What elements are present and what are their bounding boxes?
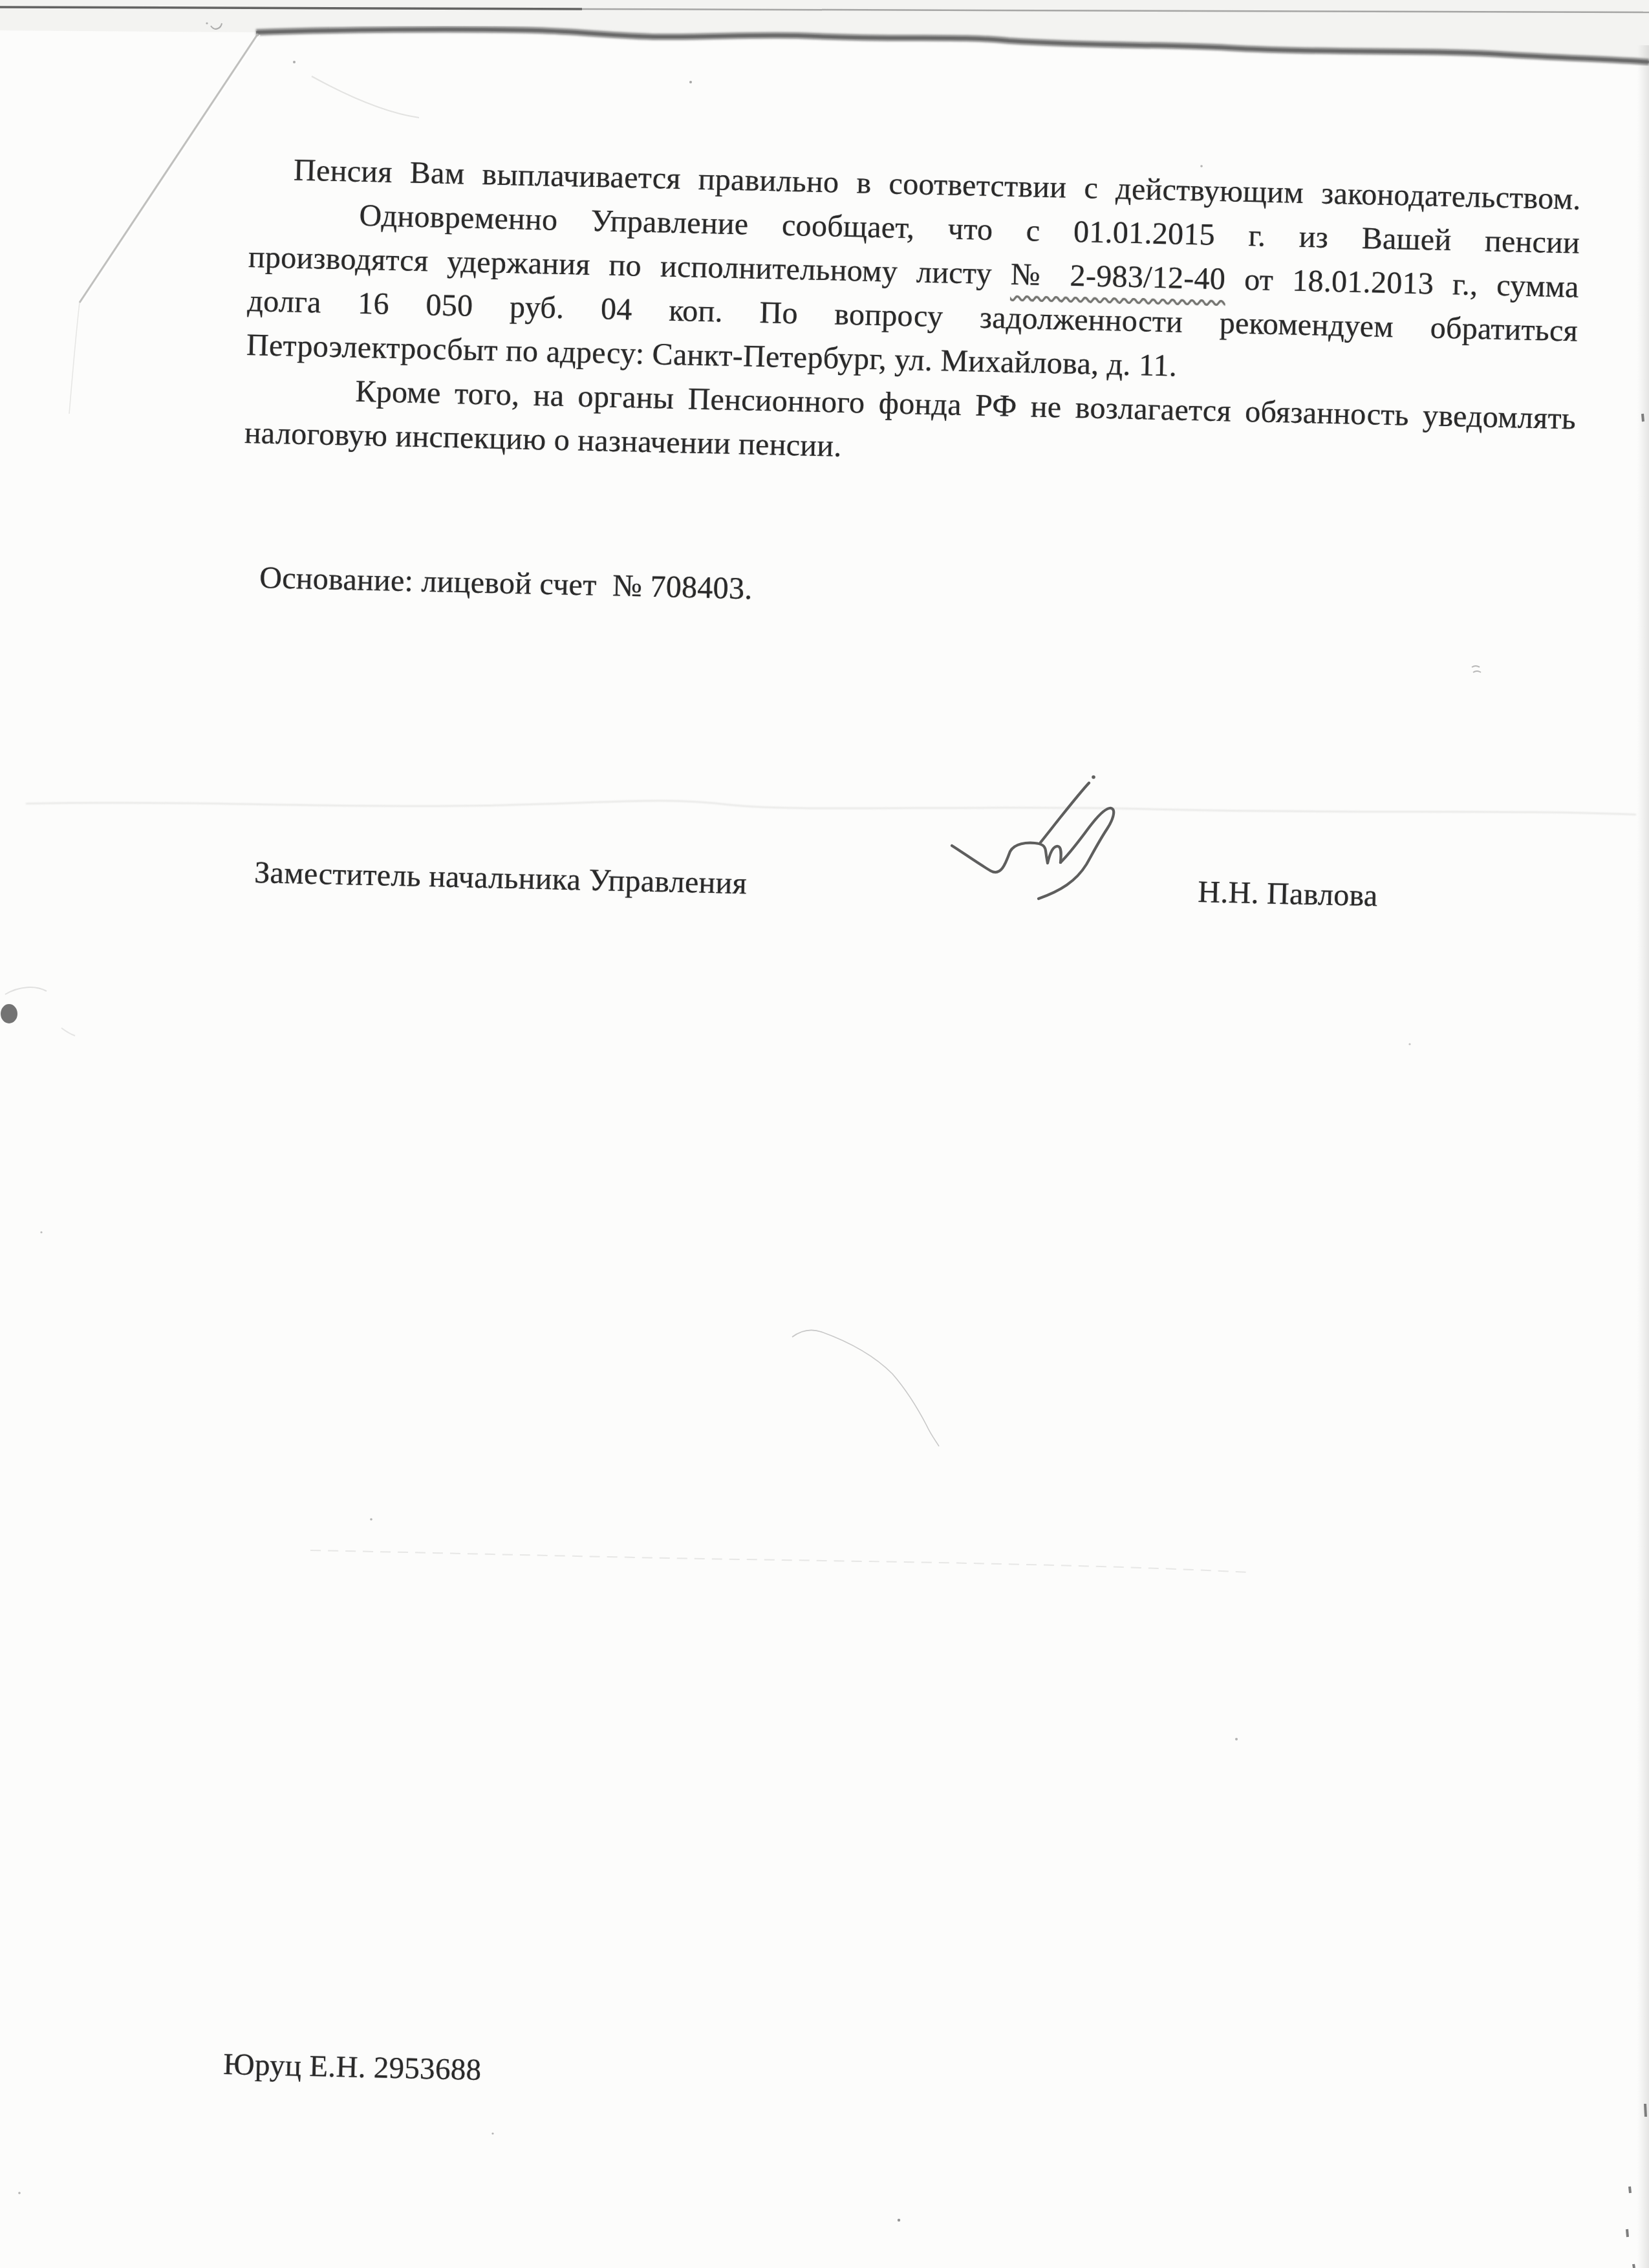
signature-loop-tail — [1039, 808, 1114, 899]
scanned-letter-page: Пенсия Вам выплачивается правильно в соо… — [0, 0, 1649, 2268]
top-left-smudge-dot — [206, 22, 208, 24]
ink-blob — [1, 1004, 17, 1023]
signoff-position-title: Заместитель начальника Управления — [254, 855, 748, 901]
top-edge-line — [0, 7, 582, 9]
case-number-underlined: № 2-983/12-40 — [1010, 257, 1226, 297]
fold-shadow-line — [256, 30, 1649, 62]
signature-flourish — [952, 843, 1061, 873]
corner-crease-highlight — [81, 35, 260, 304]
signature — [936, 760, 1195, 987]
fold-shadow-line-core — [256, 30, 1649, 62]
scanner-background-strip — [0, 0, 1649, 62]
small-squiggle-mark — [1472, 666, 1481, 672]
letter-body: Пенсия Вам выплачивается правильно в соо… — [244, 147, 1581, 486]
crease-line-middle — [26, 801, 1636, 815]
ink-blob-arc — [5, 987, 47, 994]
executor-reference: Юруц Е.Н. 2953688 — [223, 2047, 482, 2088]
corner-fold-arc — [312, 76, 419, 118]
top-left-smudge — [211, 23, 222, 29]
corner-crease — [80, 34, 258, 303]
line-3-post: от 18.01.2013 г., сумма — [1225, 262, 1580, 304]
corner-crease-tail — [69, 303, 80, 414]
basis-line: Основание: лицевой счет № 708403. — [259, 560, 753, 606]
ink-blob-trace — [61, 1028, 75, 1036]
signature-upstroke — [1040, 783, 1089, 842]
scan-right-edge-shadow — [1637, 45, 1649, 2268]
hair-strand — [792, 1330, 939, 1446]
signer-name: Н.Н. Павлова — [1198, 874, 1378, 914]
crease-line-lower — [310, 1550, 1248, 1572]
top-edge-line — [582, 9, 1649, 12]
